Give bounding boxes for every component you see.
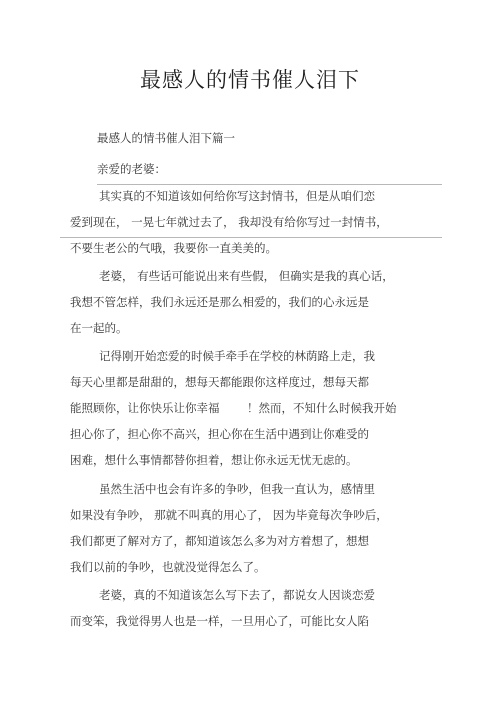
body-line: 不要生老公的气哦，我要你一直美美的。 — [70, 240, 277, 256]
body-line: 在一起的。 — [70, 320, 128, 336]
body-line: 其实真的不知道该如何给你写这封情书，但是从咱们恋 — [99, 188, 375, 204]
body-line: ！然而，不知什么时候我开始 — [247, 400, 397, 416]
body-line: 我们以前的争吵，也就没觉得怎么了。 — [70, 559, 266, 575]
body-line: 老婆，真的不知道该怎么写下去了，都说女人因谈恋爱 — [99, 587, 375, 603]
body-line: 老婆， 有些话可能说出来有些假， 但确实是我的真心话， — [99, 268, 394, 284]
body-line: 爱到现在， 一晃七年就过去了， 我却没有给你写过一封情书， — [70, 214, 388, 230]
body-line: 担心你了，担心你不高兴，担心你在生活中遇到让你难受的 — [70, 426, 369, 442]
body-line: 虽然生活中也会有许多的争吵，但我一直认为，感情里 — [99, 481, 375, 497]
body-line: 能照顾你，让你快乐让你幸福 — [70, 400, 220, 416]
divider-top — [97, 184, 442, 185]
divider-bottom — [60, 237, 442, 238]
body-line: 困难，想什么事情都替你担着，想让你永远无忧无虑的。 — [70, 452, 358, 468]
salutation: 亲爱的老婆： — [97, 161, 166, 177]
page-title: 最感人的情书催人泪下 — [0, 64, 500, 94]
body-line: 我们都更了解对方了，都知道该怎么多为对方着想了，想想 — [70, 533, 369, 549]
body-line: 如果没有争吵， 那就不叫真的用心了， 因为毕竟每次争吵后， — [70, 507, 388, 523]
body-line: 我想不管怎样，我们永远还是那么相爱的，我们的心永远是 — [70, 294, 369, 310]
body-line: 而变笨，我觉得男人也是一样，一旦用心了，可能比女人陷 — [70, 613, 369, 629]
section-heading: 最感人的情书催人泪下篇一 — [97, 130, 235, 146]
body-line: 记得刚开始恋爱的时候手牵手在学校的林荫路上走，我 — [99, 348, 375, 364]
body-line: 每天心里都是甜甜的，想每天都能跟你这样度过，想每天都 — [70, 374, 369, 390]
